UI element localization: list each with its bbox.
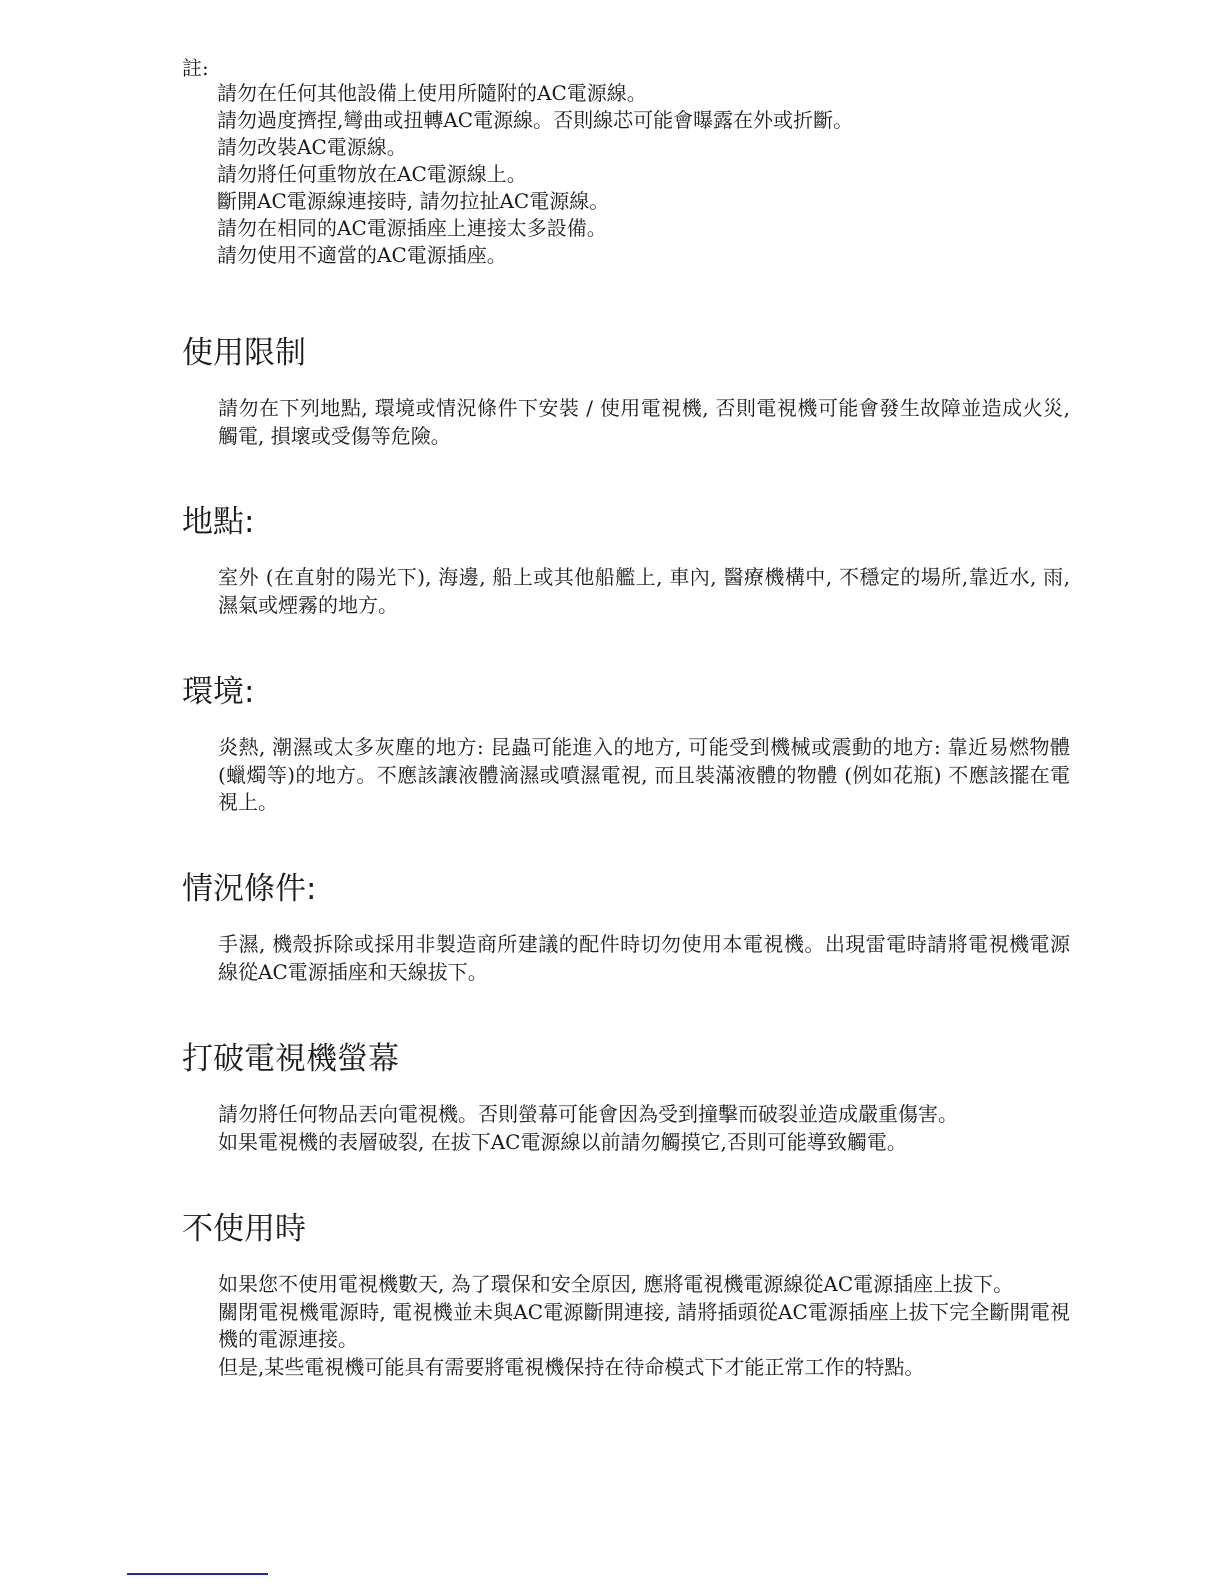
- section-heading: 使用限制: [182, 333, 1082, 373]
- section-body: 請勿在下列地點, 環境或情況條件下安裝 / 使用電視機, 否則電視機可能會發生故…: [182, 395, 1070, 450]
- section-when-not-in-use: 不使用時 如果您不使用電視機數天, 為了環保和安全原因, 應將電視機電源線從AC…: [182, 1209, 1082, 1381]
- section-location: 地點: 室外 (在直射的陽光下), 海邊, 船上或其他船艦上, 車內, 醫療機構…: [182, 502, 1082, 619]
- section-body: 炎熱, 潮濕或太多灰塵的地方: 昆蟲可能進入的地方, 可能受到機械或震動的地方:…: [182, 734, 1070, 817]
- section-paragraph: 如果電視機的表層破裂, 在拔下AC電源線以前請勿觸摸它,否則可能導致觸電。: [218, 1129, 1070, 1157]
- notes-list: 請勿在任何其他設備上使用所隨附的AC電源線。 請勿過度擠捏,彎曲或扭轉AC電源線…: [217, 80, 853, 269]
- note-item: 請勿過度擠捏,彎曲或扭轉AC電源線。否則線芯可能會曝露在外或折斷。: [217, 107, 853, 134]
- section-environment: 環境: 炎熱, 潮濕或太多灰塵的地方: 昆蟲可能進入的地方, 可能受到機械或震動…: [182, 672, 1082, 817]
- notes-label: 註:: [182, 55, 209, 81]
- section-paragraph: 請勿在下列地點, 環境或情況條件下安裝 / 使用電視機, 否則電視機可能會發生故…: [218, 395, 1070, 450]
- note-item: 請勿在任何其他設備上使用所隨附的AC電源線。: [217, 80, 853, 107]
- section-paragraph: 關閉電視機電源時, 電視機並未與AC電源斷開連接, 請將插頭從AC電源插座上拔下…: [218, 1299, 1070, 1354]
- section-paragraph: 如果您不使用電視機數天, 為了環保和安全原因, 應將電視機電源線從AC電源插座上…: [218, 1271, 1070, 1299]
- section-paragraph: 手濕, 機殼拆除或採用非製造商所建議的配件時切勿使用本電視機。出現雷電時請將電視…: [218, 931, 1070, 986]
- section-body: 如果您不使用電視機數天, 為了環保和安全原因, 應將電視機電源線從AC電源插座上…: [182, 1271, 1070, 1381]
- section-broken-screen: 打破電視機螢幕 請勿將任何物品丟向電視機。否則螢幕可能會因為受到撞擊而破裂並造成…: [182, 1039, 1082, 1156]
- section-body: 室外 (在直射的陽光下), 海邊, 船上或其他船艦上, 車內, 醫療機構中, 不…: [182, 564, 1070, 619]
- note-item: 斷開AC電源線連接時, 請勿拉扯AC電源線。: [217, 188, 853, 215]
- section-conditions: 情況條件: 手濕, 機殼拆除或採用非製造商所建議的配件時切勿使用本電視機。出現雷…: [182, 869, 1082, 986]
- section-paragraph: 請勿將任何物品丟向電視機。否則螢幕可能會因為受到撞擊而破裂並造成嚴重傷害。: [218, 1101, 1070, 1129]
- footer-divider: [127, 1573, 268, 1575]
- note-item: 請勿將任何重物放在AC電源線上。: [217, 161, 853, 188]
- document-page: 註: 請勿在任何其他設備上使用所隨附的AC電源線。 請勿過度擠捏,彎曲或扭轉AC…: [0, 0, 1224, 1584]
- section-heading: 地點:: [182, 502, 1082, 542]
- section-paragraph: 炎熱, 潮濕或太多灰塵的地方: 昆蟲可能進入的地方, 可能受到機械或震動的地方:…: [218, 734, 1070, 817]
- section-heading: 不使用時: [182, 1209, 1082, 1249]
- section-body: 請勿將任何物品丟向電視機。否則螢幕可能會因為受到撞擊而破裂並造成嚴重傷害。 如果…: [182, 1101, 1070, 1156]
- note-item: 請勿改裝AC電源線。: [217, 134, 853, 161]
- note-item: 請勿在相同的AC電源插座上連接太多設備。: [217, 215, 853, 242]
- note-item: 請勿使用不適當的AC電源插座。: [217, 242, 853, 269]
- section-body: 手濕, 機殼拆除或採用非製造商所建議的配件時切勿使用本電視機。出現雷電時請將電視…: [182, 931, 1070, 986]
- section-heading: 環境:: [182, 672, 1082, 712]
- section-paragraph: 但是,某些電視機可能具有需要將電視機保持在待命模式下才能正常工作的特點。: [218, 1354, 1070, 1382]
- section-usage-restrictions: 使用限制 請勿在下列地點, 環境或情況條件下安裝 / 使用電視機, 否則電視機可…: [182, 333, 1082, 450]
- section-paragraph: 室外 (在直射的陽光下), 海邊, 船上或其他船艦上, 車內, 醫療機構中, 不…: [218, 564, 1070, 619]
- section-heading: 打破電視機螢幕: [182, 1039, 1082, 1079]
- section-heading: 情況條件:: [182, 869, 1082, 909]
